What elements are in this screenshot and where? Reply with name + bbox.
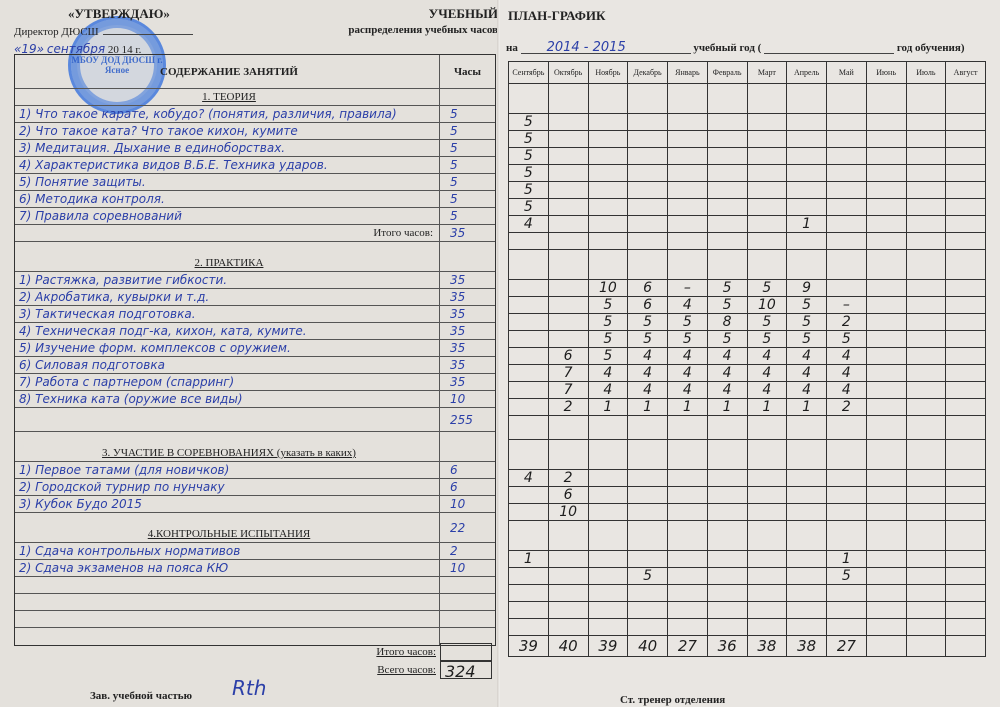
grid-cell bbox=[509, 440, 548, 469]
grid-cell bbox=[945, 148, 985, 164]
grid-cell bbox=[588, 182, 628, 198]
grid-cell: 4 bbox=[627, 348, 667, 364]
grid-row: 74444444 bbox=[509, 382, 985, 399]
grid-cell bbox=[945, 470, 985, 486]
grid-cell: 4 bbox=[627, 382, 667, 398]
month-header-cell: Март bbox=[747, 62, 787, 83]
grid-row: 41 bbox=[509, 216, 985, 233]
director-label: Директор ДЮСШ bbox=[14, 26, 99, 38]
grid-cell bbox=[747, 165, 787, 181]
grid-cell: 36 bbox=[707, 636, 747, 656]
grid-cell: 5 bbox=[667, 314, 707, 330]
grid-cell bbox=[707, 84, 747, 113]
grid-cell bbox=[786, 182, 826, 198]
grid-cell bbox=[588, 148, 628, 164]
grid-cell bbox=[866, 199, 906, 215]
grid-cell bbox=[786, 551, 826, 567]
grid-cell: 4 bbox=[707, 382, 747, 398]
grid-cell bbox=[826, 521, 866, 550]
grid-cell: 40 bbox=[627, 636, 667, 656]
grid-cell: 1 bbox=[826, 551, 866, 567]
grid-cell bbox=[826, 250, 866, 279]
grid-cell: 4 bbox=[786, 348, 826, 364]
grid-cell bbox=[588, 84, 628, 113]
grid-cell bbox=[747, 114, 787, 130]
grid-cell: 38 bbox=[786, 636, 826, 656]
grid-cell bbox=[509, 250, 548, 279]
grid-cell bbox=[627, 504, 667, 520]
grid-cell: 5 bbox=[509, 114, 548, 130]
grid-cell bbox=[627, 233, 667, 249]
grid-cell bbox=[747, 216, 787, 232]
grid-cell: 4 bbox=[509, 470, 548, 486]
grid-cell bbox=[906, 504, 946, 520]
grid-cell bbox=[588, 165, 628, 181]
grid-cell bbox=[667, 165, 707, 181]
director-line: Директор ДЮСШ bbox=[14, 26, 193, 38]
grid-cell: 5 bbox=[707, 331, 747, 347]
grid-cell bbox=[627, 440, 667, 469]
grid-cell bbox=[707, 216, 747, 232]
grid-cell bbox=[866, 233, 906, 249]
grid-cell bbox=[866, 551, 906, 567]
table-row: 5) Изучение форм. комплексов с оружием.3… bbox=[15, 340, 495, 357]
grid-cell bbox=[707, 250, 747, 279]
grid-cell bbox=[786, 619, 826, 635]
grid-row: 74444444 bbox=[509, 365, 985, 382]
grid-cell: 5 bbox=[509, 131, 548, 147]
grid-cell bbox=[627, 131, 667, 147]
grid-cell bbox=[588, 199, 628, 215]
doc-title-part1: УЧЕБНЫЙ bbox=[429, 6, 498, 22]
grid-cell bbox=[786, 504, 826, 520]
grid-cell bbox=[866, 165, 906, 181]
grid-cell bbox=[866, 84, 906, 113]
grid-cell bbox=[906, 636, 946, 656]
grid-cell: 4 bbox=[786, 382, 826, 398]
grid-cell bbox=[786, 148, 826, 164]
grid-cell bbox=[866, 568, 906, 584]
grid-cell bbox=[945, 182, 985, 198]
grid-cell bbox=[627, 602, 667, 618]
grid-cell: 1 bbox=[667, 399, 707, 415]
grid-cell bbox=[866, 585, 906, 601]
grid-row: 5555555 bbox=[509, 331, 985, 348]
grid-row-blank bbox=[509, 602, 985, 619]
grid-cell bbox=[906, 314, 946, 330]
grid-cell: 1 bbox=[707, 399, 747, 415]
table-header: СОДЕРЖАНИЕ ЗАНЯТИЙ Часы bbox=[15, 55, 495, 89]
grid-cell bbox=[826, 216, 866, 232]
table-row: 1) Что такое карате, кобудо? (понятия, р… bbox=[15, 106, 495, 123]
grid-cell bbox=[588, 416, 628, 439]
grid-cell bbox=[747, 551, 787, 567]
grid-cell bbox=[667, 568, 707, 584]
grid-cell bbox=[747, 148, 787, 164]
grid-cell bbox=[786, 233, 826, 249]
grid-cell bbox=[667, 585, 707, 601]
grid-cell bbox=[548, 416, 588, 439]
grid-cell: 5 bbox=[627, 314, 667, 330]
month-header-cell: Июль bbox=[906, 62, 946, 83]
grid-row-blank bbox=[509, 440, 985, 470]
grid-cell bbox=[945, 131, 985, 147]
grid-cell bbox=[509, 314, 548, 330]
grid-cell: 2 bbox=[826, 314, 866, 330]
grid-cell bbox=[866, 365, 906, 381]
grid-cell bbox=[667, 440, 707, 469]
grid-cell bbox=[509, 331, 548, 347]
grid-cell: 40 bbox=[548, 636, 588, 656]
grid-cell bbox=[906, 84, 946, 113]
grid-cell bbox=[588, 216, 628, 232]
grid-cell bbox=[667, 216, 707, 232]
grid-cell bbox=[747, 521, 787, 550]
grid-cell bbox=[627, 619, 667, 635]
grid-cell bbox=[627, 250, 667, 279]
grid-cell bbox=[945, 585, 985, 601]
grid-cell bbox=[826, 114, 866, 130]
grid-cell bbox=[667, 602, 707, 618]
grid-cell bbox=[906, 568, 946, 584]
grid-cell bbox=[906, 521, 946, 550]
grid-cell: 27 bbox=[667, 636, 707, 656]
grid-cell bbox=[866, 216, 906, 232]
grid-cell bbox=[627, 182, 667, 198]
section-title-competitions: 3. УЧАСТИЕ В СОРЕВНОВАНИЯХ (указать в ка… bbox=[15, 432, 495, 462]
grid-cell bbox=[906, 233, 946, 249]
grid-row: 106–559 bbox=[509, 280, 985, 297]
grid-cell: 5 bbox=[747, 280, 787, 296]
grid-cell bbox=[906, 331, 946, 347]
grid-cell bbox=[906, 131, 946, 147]
grid-cell: 5 bbox=[588, 348, 628, 364]
grid-cell bbox=[548, 131, 588, 147]
grid-row-blank bbox=[509, 416, 985, 440]
month-header-cell: Май bbox=[826, 62, 866, 83]
grid-cell bbox=[548, 216, 588, 232]
grid-cell bbox=[906, 551, 946, 567]
table-row: 7) Правила соревнований5 bbox=[15, 208, 495, 225]
table-row: 1) Сдача контрольных нормативов2 bbox=[15, 543, 495, 560]
grid-cell bbox=[747, 504, 787, 520]
grid-row: 10 bbox=[509, 504, 985, 521]
grid-cell bbox=[548, 297, 588, 313]
section-title-control: 4.КОНТРОЛЬНЫЕ ИСПЫТАНИЯ22 bbox=[15, 513, 495, 543]
grid-cell bbox=[509, 568, 548, 584]
grid-cell: 1 bbox=[786, 216, 826, 232]
grid-cell: 38 bbox=[747, 636, 787, 656]
grid-cell bbox=[866, 250, 906, 279]
grid-cell bbox=[945, 636, 985, 656]
grid-cell bbox=[588, 504, 628, 520]
month-header-cell: Октябрь bbox=[548, 62, 588, 83]
grid-cell: 5 bbox=[707, 297, 747, 313]
grid-cell: 5 bbox=[509, 165, 548, 181]
grid-cell bbox=[548, 182, 588, 198]
grid-cell bbox=[945, 280, 985, 296]
grid-cell bbox=[707, 568, 747, 584]
grid-cell bbox=[906, 382, 946, 398]
grid-cell bbox=[707, 131, 747, 147]
grid-cell: 5 bbox=[588, 331, 628, 347]
grid-cell bbox=[786, 487, 826, 503]
grid-row: 5 bbox=[509, 148, 985, 165]
section-title-theory: 1. ТЕОРИЯ bbox=[15, 89, 495, 106]
grid-cell bbox=[866, 131, 906, 147]
grid-cell bbox=[548, 114, 588, 130]
grid-row: 5 bbox=[509, 131, 985, 148]
grid-cell bbox=[747, 131, 787, 147]
grid-cell bbox=[945, 568, 985, 584]
grid-cell: 4 bbox=[707, 348, 747, 364]
grid-cell bbox=[667, 619, 707, 635]
month-header-cell: Февраль bbox=[707, 62, 747, 83]
approve-heading: «УТВЕРЖДАЮ» bbox=[68, 6, 170, 22]
table-row: 2) Акробатика, кувырки и т.д.35 bbox=[15, 289, 495, 306]
grid-cell: 10 bbox=[588, 280, 628, 296]
doc-subtitle: распределения учебных часов bbox=[348, 24, 498, 36]
grid-row-blank bbox=[509, 585, 985, 602]
grid-cell bbox=[945, 348, 985, 364]
grid-cell bbox=[945, 297, 985, 313]
grid-cell bbox=[548, 165, 588, 181]
grid-cell bbox=[866, 504, 906, 520]
grid-cell bbox=[509, 280, 548, 296]
grid-cell bbox=[866, 297, 906, 313]
grid-cell: 7 bbox=[548, 365, 588, 381]
month-header-cell: Июнь bbox=[866, 62, 906, 83]
grid-cell bbox=[826, 148, 866, 164]
grid-cell: 5 bbox=[826, 331, 866, 347]
grid-cell bbox=[866, 416, 906, 439]
grid-cell bbox=[627, 114, 667, 130]
grid-cell: 5 bbox=[747, 331, 787, 347]
grid-cell bbox=[627, 487, 667, 503]
grid-cell bbox=[548, 233, 588, 249]
grid-cell bbox=[707, 487, 747, 503]
grid-cell bbox=[945, 165, 985, 181]
grid-cell bbox=[945, 504, 985, 520]
grid-cell bbox=[826, 487, 866, 503]
table-row: 3) Тактическая подготовка.35 bbox=[15, 306, 495, 323]
grid-cell bbox=[627, 148, 667, 164]
grid-cell: 5 bbox=[509, 199, 548, 215]
month-header-cell: Декабрь bbox=[627, 62, 667, 83]
grid-cell: 4 bbox=[786, 365, 826, 381]
months-header: СентябрьОктябрьНоябрьДекабрьЯнварьФеврал… bbox=[509, 62, 985, 84]
grid-cell bbox=[945, 487, 985, 503]
grid-cell: 4 bbox=[826, 365, 866, 381]
grid-cell bbox=[906, 114, 946, 130]
grid-cell bbox=[548, 331, 588, 347]
grid-cell: 2 bbox=[548, 470, 588, 486]
grid-cell bbox=[945, 619, 985, 635]
vsego-row: Всего часов:324 bbox=[360, 661, 496, 679]
grid-cell: 5 bbox=[627, 331, 667, 347]
table-row: 7) Работа с партнером (спарринг)35 bbox=[15, 374, 495, 391]
grid-cell bbox=[747, 84, 787, 113]
grid-cell bbox=[667, 504, 707, 520]
grid-cell: 5 bbox=[627, 568, 667, 584]
grid-cell bbox=[906, 440, 946, 469]
grid-cell: 27 bbox=[826, 636, 866, 656]
grid-cell: 5 bbox=[786, 314, 826, 330]
grid-cell bbox=[509, 233, 548, 249]
grid-cell bbox=[826, 182, 866, 198]
grid-row: 55 bbox=[509, 568, 985, 585]
grid-cell bbox=[826, 165, 866, 181]
grid-cell bbox=[509, 297, 548, 313]
itogo-value bbox=[440, 643, 492, 661]
grid-cell bbox=[826, 199, 866, 215]
grid-cell bbox=[866, 182, 906, 198]
grid-cell bbox=[667, 199, 707, 215]
grid-cell: 4 bbox=[667, 365, 707, 381]
grid-cell bbox=[707, 182, 747, 198]
grid-cell bbox=[906, 348, 946, 364]
grid-cell: 5 bbox=[747, 314, 787, 330]
grid-cell bbox=[509, 487, 548, 503]
grid-cell bbox=[826, 440, 866, 469]
grid-cell bbox=[945, 216, 985, 232]
grid-cell bbox=[906, 399, 946, 415]
grid-cell bbox=[906, 470, 946, 486]
grid-cell: 1 bbox=[786, 399, 826, 415]
grid-cell bbox=[747, 416, 787, 439]
section-total-theory: Итого часов:35 bbox=[15, 225, 495, 242]
table-row: 8) Техника ката (оружие все виды)10 bbox=[15, 391, 495, 408]
grid-cell bbox=[906, 619, 946, 635]
grid-cell bbox=[747, 182, 787, 198]
grid-row-blank bbox=[509, 84, 985, 114]
table-row: 2) Сдача экзаменов на пояса КЮ10 bbox=[15, 560, 495, 577]
grid-cell: 6 bbox=[548, 348, 588, 364]
grid-cell bbox=[509, 602, 548, 618]
grid-cell: 10 bbox=[747, 297, 787, 313]
grid-cell bbox=[906, 297, 946, 313]
grid-cell bbox=[588, 602, 628, 618]
grid-cell bbox=[866, 619, 906, 635]
grid-cell bbox=[548, 568, 588, 584]
month-header-cell: Август bbox=[945, 62, 985, 83]
grid-cell: 4 bbox=[588, 382, 628, 398]
grid-cell bbox=[866, 487, 906, 503]
grid-cell bbox=[786, 416, 826, 439]
itogo-row: Итого часов: bbox=[360, 643, 496, 661]
grid-cell bbox=[747, 250, 787, 279]
study-year-blank bbox=[764, 40, 894, 54]
left-page: МБОУ ДОД ДЮСШ г. Ясное «УТВЕРЖДАЮ» Дирек… bbox=[0, 0, 500, 707]
vsego-value: 324 bbox=[440, 661, 492, 679]
head-of-studies-label: Зав. учебной частью bbox=[90, 690, 192, 702]
grid-cell bbox=[627, 470, 667, 486]
grid-cell bbox=[826, 233, 866, 249]
table-row: 3) Медитация. Дыхание в единоборствах.5 bbox=[15, 140, 495, 157]
signature-line bbox=[103, 34, 193, 35]
grid-row: 6 bbox=[509, 487, 985, 504]
grid-cell bbox=[588, 521, 628, 550]
grid-cell bbox=[826, 585, 866, 601]
grid-cell bbox=[945, 382, 985, 398]
grid-cell bbox=[707, 114, 747, 130]
grid-cell bbox=[667, 250, 707, 279]
academic-year-line: на 2014 - 2015 учебный год ( год обучени… bbox=[506, 40, 996, 54]
grid-cell bbox=[826, 280, 866, 296]
grid-cell bbox=[509, 504, 548, 520]
grid-row: 5 bbox=[509, 199, 985, 216]
grid-cell bbox=[588, 619, 628, 635]
grid-cell bbox=[826, 131, 866, 147]
grid-cell: 5 bbox=[667, 331, 707, 347]
grid-cell bbox=[906, 165, 946, 181]
grid-cell bbox=[866, 114, 906, 130]
grid-cell bbox=[866, 331, 906, 347]
grid-cell: 6 bbox=[627, 280, 667, 296]
grid-cell bbox=[906, 416, 946, 439]
grid-cell bbox=[667, 470, 707, 486]
grid-cell bbox=[548, 551, 588, 567]
table-row-blank bbox=[15, 611, 495, 628]
right-page: ПЛАН-ГРАФИК на 2014 - 2015 учебный год (… bbox=[500, 0, 1000, 707]
table-row-blank: 255 bbox=[15, 408, 495, 432]
grid-cell bbox=[906, 216, 946, 232]
grid-cell: 5 bbox=[786, 297, 826, 313]
table-row: 2) Городской турнир по нунчаку6 bbox=[15, 479, 495, 496]
grid-cell bbox=[786, 165, 826, 181]
table-row: 4) Техническая подг-ка, кихон, ката, кум… bbox=[15, 323, 495, 340]
grid-cell bbox=[747, 568, 787, 584]
grid-cell bbox=[509, 585, 548, 601]
grid-cell bbox=[747, 602, 787, 618]
grid-cell bbox=[667, 521, 707, 550]
grid-cell bbox=[667, 233, 707, 249]
grid-cell: 6 bbox=[627, 297, 667, 313]
month-header-cell: Январь bbox=[667, 62, 707, 83]
month-header-cell: Апрель bbox=[786, 62, 826, 83]
grid-cell bbox=[945, 233, 985, 249]
grid-cell bbox=[509, 348, 548, 364]
grid-cell: – bbox=[826, 297, 866, 313]
grid-cell: 1 bbox=[588, 399, 628, 415]
grid-cell bbox=[906, 250, 946, 279]
grid-cell bbox=[747, 619, 787, 635]
grid-cell bbox=[906, 602, 946, 618]
grid-cell: 5 bbox=[786, 331, 826, 347]
grid-cell bbox=[945, 365, 985, 381]
grid-cell bbox=[826, 416, 866, 439]
grid-cell bbox=[548, 199, 588, 215]
grid-cell bbox=[906, 148, 946, 164]
plan-title: ПЛАН-ГРАФИК bbox=[508, 8, 605, 24]
grid-cell bbox=[548, 440, 588, 469]
senior-coach-label: Ст. тренер отделения bbox=[620, 694, 725, 706]
grid-cell bbox=[707, 416, 747, 439]
table-row: 5) Понятие защиты.5 bbox=[15, 174, 495, 191]
grid-row: 65444444 bbox=[509, 348, 985, 365]
grid-cell bbox=[548, 585, 588, 601]
grid-cell: 4 bbox=[826, 382, 866, 398]
grid-cell: 4 bbox=[747, 382, 787, 398]
grid-cell bbox=[866, 314, 906, 330]
grid-cell: 5 bbox=[509, 148, 548, 164]
grid-row: 5 bbox=[509, 182, 985, 199]
grid-cell: 4 bbox=[627, 365, 667, 381]
grid-cell bbox=[588, 114, 628, 130]
header-content: СОДЕРЖАНИЕ ЗАНЯТИЙ bbox=[15, 55, 439, 88]
grid-cell bbox=[627, 165, 667, 181]
curriculum-table: СОДЕРЖАНИЕ ЗАНЯТИЙ Часы 1. ТЕОРИЯ 1) Что… bbox=[14, 54, 496, 646]
